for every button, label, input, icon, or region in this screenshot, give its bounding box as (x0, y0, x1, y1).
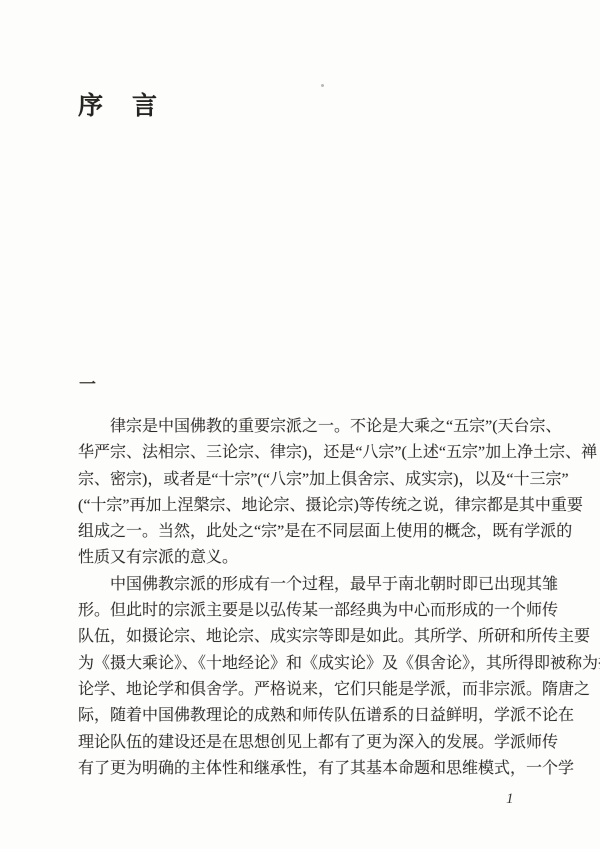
book-page: 序 言 一 律宗是中国佛教的重要宗派之一。不论是大乘之“五宗”(天台宗、 华严宗… (0, 0, 600, 849)
text-line: 组成之一。当然，此处之“宗”是在不同层面上使用的概念，既有学派的 (78, 519, 539, 545)
text-line: 形。但此时的宗派主要是以弘传某一部经典为中心而形成的一个师传 (78, 598, 539, 624)
text-line: (“十宗”再加上涅槃宗、地论宗、摄论宗)等传统之说，律宗都是其中重要 (78, 493, 539, 519)
page-number: 1 (506, 791, 514, 808)
text-line: 华严宗、法相宗、三论宗、律宗)，还是“八宗”(上述“五宗”加上净土宗、禅 (78, 440, 539, 466)
text-line: 队伍，如摄论宗、地论宗、成实宗等即是如此。其所学、所研和所传主要 (78, 624, 539, 650)
scan-artifact-dot (321, 84, 324, 87)
text-line: 中国佛教宗派的形成有一个过程，最早于南北朝时即已出现其雏 (78, 572, 539, 598)
body-text: 律宗是中国佛教的重要宗派之一。不论是大乘之“五宗”(天台宗、 华严宗、法相宗、三… (78, 414, 539, 782)
text-line: 有了更为明确的主体性和继承性，有了其基本命题和思维模式，一个学 (78, 756, 539, 782)
text-line: 论学、地论学和俱舍学。严格说来，它们只能是学派，而非宗派。隋唐之 (78, 677, 539, 703)
page-title: 序 言 (78, 86, 159, 122)
text-line: 性质又有宗派的意义。 (78, 545, 539, 571)
section-marker: 一 (79, 370, 96, 395)
text-line: 宗、密宗)，或者是“十宗”(“八宗”加上俱舍宗、成实宗)，以及“十三宗” (78, 467, 539, 493)
text-line: 为《摄大乘论》、《十地经论》和《成实论》及《俱舍论》，其所得即被称为摄 (78, 651, 539, 677)
text-line: 理论队伍的建设还是在思想创见上都有了更为深入的发展。学派师传 (78, 730, 539, 756)
text-line: 律宗是中国佛教的重要宗派之一。不论是大乘之“五宗”(天台宗、 (78, 414, 539, 440)
text-line: 际，随着中国佛教理论的成熟和师传队伍谱系的日益鲜明，学派不论在 (78, 703, 539, 729)
